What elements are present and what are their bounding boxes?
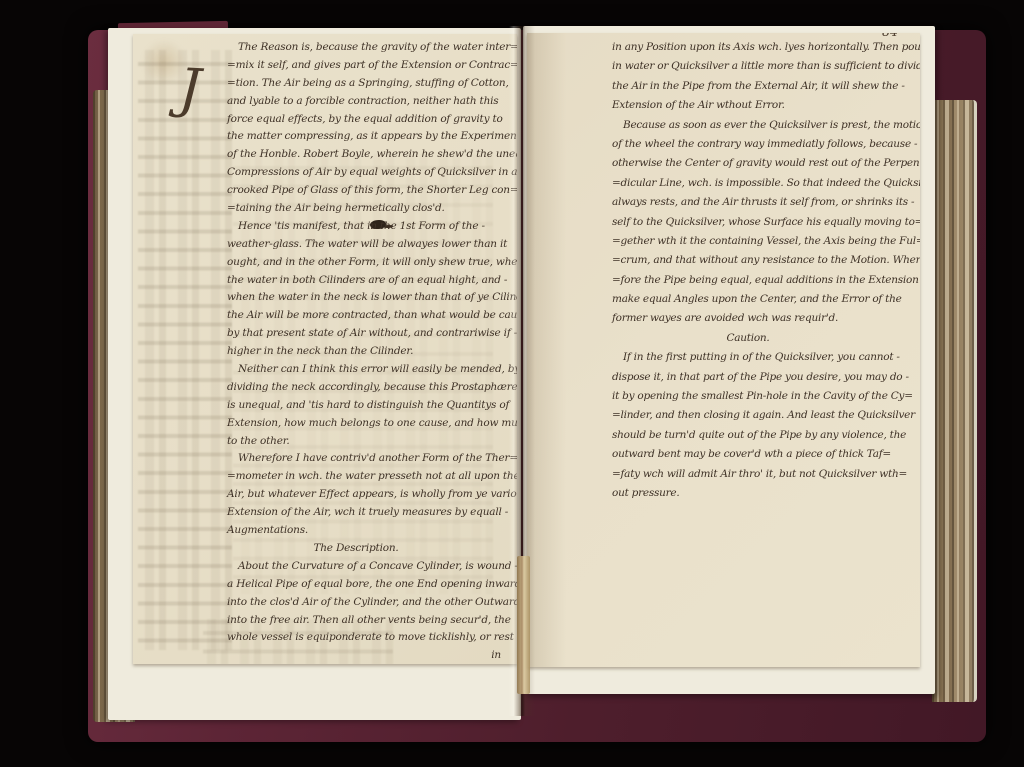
manuscript-line: Air, but whatever Effect appears, is who… bbox=[227, 486, 515, 504]
manuscript-line: Caution. bbox=[612, 329, 914, 348]
manuscript-line: higher in the neck than the Cilinder. bbox=[227, 343, 515, 361]
manuscript-line: the water in both Cilinders are of an eq… bbox=[227, 272, 515, 290]
manuscript-line: the matter compressing, as it appears by… bbox=[227, 128, 515, 146]
manuscript-line: when the water in the neck is lower than… bbox=[227, 289, 515, 307]
manuscript-line: About the Curvature of a Concave Cylinde… bbox=[227, 558, 515, 576]
right-page-text: in any Position upon its Axis wch. lyes … bbox=[612, 38, 914, 503]
manuscript-line: =mometer in wch. the water presseth not … bbox=[227, 468, 515, 486]
manuscript-line: Extension of the Air, wch it truely meas… bbox=[227, 504, 515, 522]
manuscript-line: =dicular Line, wch. is impossible. So th… bbox=[612, 174, 914, 193]
manuscript-line: If in the first putting in of the Quicks… bbox=[612, 348, 914, 367]
manuscript-line: =faty wch will admit Air thro' it, but n… bbox=[612, 465, 914, 484]
manuscript-line: should be turn'd quite out of the Pipe b… bbox=[612, 426, 914, 445]
manuscript-line: The Description. bbox=[227, 540, 515, 558]
margin-pen-mark: J bbox=[178, 61, 202, 116]
manuscript-line: force equal effects, by the equal additi… bbox=[227, 111, 515, 129]
manuscript-line: =mix it self, and gives part of the Exte… bbox=[227, 57, 515, 75]
manuscript-line: weather-glass. The water will be alwayes… bbox=[227, 236, 515, 254]
manuscript-line: =linder, and then closing it again. And … bbox=[612, 406, 914, 425]
left-page-text: The Reason is, because the gravity of th… bbox=[227, 39, 515, 664]
manuscript-line: by that present state of Air without, an… bbox=[227, 325, 515, 343]
manuscript-line: outward bent may be cover'd wth a piece … bbox=[612, 445, 914, 464]
manuscript-line: =taining the Air being hermetically clos… bbox=[227, 200, 515, 218]
manuscript-line: Augmentations. bbox=[227, 522, 515, 540]
manuscript-line: =tion. The Air being as a Springing, stu… bbox=[227, 75, 515, 93]
manuscript-line: the Air will be more contracted, than wh… bbox=[227, 307, 515, 325]
manuscript-line: crooked Pipe of Glass of this form, the … bbox=[227, 182, 515, 200]
manuscript-line: Wherefore I have contriv'd another Form … bbox=[227, 450, 515, 468]
manuscript-line: of the wheel the contrary way immediatly… bbox=[612, 135, 914, 154]
manuscript-line: former wayes are avoided wch was requir'… bbox=[612, 309, 914, 328]
manuscript-leaf-right: 84 in any Position upon its Axis wch. ly… bbox=[527, 33, 920, 667]
manuscript-line: always rests, and the Air thrusts it sel… bbox=[612, 193, 914, 212]
manuscript-line: =crum, and that without any resistance t… bbox=[612, 251, 914, 270]
manuscript-line: and lyable to a forcible contraction, ne… bbox=[227, 93, 515, 111]
manuscript-line: out pressure. bbox=[612, 484, 914, 503]
manuscript-line: Neither can I think this error will easi… bbox=[227, 361, 515, 379]
manuscript-line: dividing the neck accordingly, because t… bbox=[227, 379, 515, 397]
manuscript-line: Extension, how much belongs to one cause… bbox=[227, 415, 515, 433]
ink-showthrough bbox=[138, 50, 232, 650]
manuscript-line: Extension of the Air wthout Error. bbox=[612, 96, 914, 115]
manuscript-line: whole vessel is equiponderate to move ti… bbox=[227, 629, 515, 647]
manuscript-line: The Reason is, because the gravity of th… bbox=[227, 39, 515, 57]
manuscript-line: make equal Angles upon the Center, and t… bbox=[612, 290, 914, 309]
manuscript-line: =gether wth it the containing Vessel, th… bbox=[612, 232, 914, 251]
manuscript-line: in water or Quicksilver a little more th… bbox=[612, 57, 914, 76]
manuscript-line: of the Honble. Robert Boyle, wherein he … bbox=[227, 146, 515, 164]
manuscript-line: Hence 'tis manifest, that in the 1st For… bbox=[227, 218, 515, 236]
manuscript-line: in any Position upon its Axis wch. lyes … bbox=[612, 38, 914, 57]
manuscript-line: otherwise the Center of gravity would re… bbox=[612, 154, 914, 173]
manuscript-line: it by opening the smallest Pin-hole in t… bbox=[612, 387, 914, 406]
manuscript-line: ought, and in the other Form, it will on… bbox=[227, 254, 515, 272]
manuscript-line: dispose it, in that part of the Pipe you… bbox=[612, 368, 914, 387]
manuscript-leaf-left: J The Reason is, because the gravity of … bbox=[133, 34, 517, 664]
manuscript-line: a Helical Pipe of equal bore, the one En… bbox=[227, 576, 515, 594]
fore-edge-stack-right bbox=[932, 100, 977, 702]
manuscript-line: into the clos'd Air of the Cylinder, and… bbox=[227, 594, 515, 612]
manuscript-line: to the other. bbox=[227, 433, 515, 451]
manuscript-line: is unequal, and 'tis hard to distinguish… bbox=[227, 397, 515, 415]
book-photograph: J The Reason is, because the gravity of … bbox=[0, 0, 1024, 767]
manuscript-line: Compressions of Air by equal weights of … bbox=[227, 164, 515, 182]
book-gutter-fold bbox=[517, 556, 530, 694]
manuscript-line: self to the Quicksilver, whose Surface h… bbox=[612, 213, 914, 232]
manuscript-line: in bbox=[227, 647, 515, 664]
manuscript-line: the Air in the Pipe from the External Ai… bbox=[612, 77, 914, 96]
manuscript-line: into the free air. Then all other vents … bbox=[227, 612, 515, 630]
manuscript-line: Because as soon as ever the Quicksilver … bbox=[612, 116, 914, 135]
manuscript-line: =fore the Pipe being equal, equal additi… bbox=[612, 271, 914, 290]
